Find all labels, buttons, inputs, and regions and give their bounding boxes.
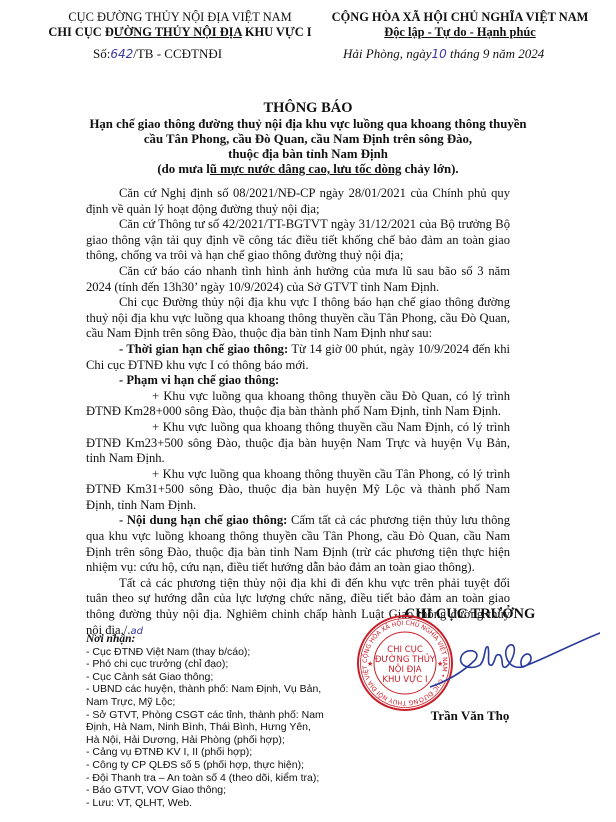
title-line-1: Hạn chế giao thông đường thuỷ nội địa kh… <box>0 117 616 132</box>
svg-text:★: ★ <box>367 660 373 668</box>
svg-text:NỘI ĐỊA: NỘI ĐỊA <box>388 663 421 675</box>
title-line-3: thuộc địa bàn tỉnh Nam Định <box>0 147 616 162</box>
issuing-agency-prefix: CHI CỤC Đ <box>48 25 113 39</box>
recipients-heading-text: Nơi nhận <box>86 633 131 645</box>
recipient-item: - Đội Thanh tra – An toàn số 4 (theo dõi… <box>86 772 326 785</box>
legal-basis-3: Căn cứ báo cáo nhanh tình hình ảnh hưởng… <box>86 264 510 295</box>
document-title: THÔNG BÁO <box>0 100 616 117</box>
national-motto: Độc lập - Tự do - Hạnh phúc <box>310 25 610 40</box>
legal-basis-1: Căn cứ Nghị định số 08/2021/NĐ-CP ngày 2… <box>86 186 510 217</box>
parent-agency: CỤC ĐƯỜNG THỦY NỘI ĐỊA VIỆT NAM <box>40 10 320 25</box>
recipient-item: - Cục ĐTNĐ Việt Nam (thay b/cáo); <box>86 646 326 659</box>
scope-item: + Khu vực luồng qua khoang thông thuyền … <box>86 420 510 467</box>
recipient-item: - Công ty CP QLĐS số 5 (phối hợp, thực h… <box>86 759 326 772</box>
title-line-4-prefix: (do mưa l <box>157 162 209 176</box>
svg-text:ĐƯỜNG THỦY: ĐƯỜNG THỦY <box>375 653 436 665</box>
issuing-agency-underlined: ƯỜNG THỦY NỘI ĐỊA <box>114 25 242 39</box>
recipient-item: - Lưu: VT, QLHT, Web. <box>86 797 326 810</box>
date-day-handwritten: 10 <box>431 47 446 61</box>
restriction-scope-label: - Phạm vi hạn chế giao thông: <box>119 373 279 387</box>
doc-number-prefix: Số: <box>93 46 110 61</box>
handwritten-signature-icon <box>430 625 600 695</box>
date-suffix: tháng 9 năm 2024 <box>447 46 545 61</box>
title-line-2: cầu Tân Phong, cầu Đò Quan, cầu Nam Định… <box>0 132 616 147</box>
scope-item: + Khu vực luồng qua khoang thông thuyền … <box>86 389 510 420</box>
national-header-block: CỘNG HÒA XÃ HỘI CHỦ NGHĨA VIỆT NAM Độc l… <box>310 10 610 40</box>
restriction-content-label: - Nội dung hạn chế giao thông: <box>119 513 287 527</box>
date-prefix: Hải Phòng, ngày <box>343 46 431 61</box>
svg-text:CHI CỤC: CHI CỤC <box>387 645 423 655</box>
scope-item: + Khu vực luồng qua khoang thông thuyền … <box>86 467 510 514</box>
doc-number-suffix: /TB - CCĐTNĐI <box>133 46 222 61</box>
title-line-4: (do mưa lũ mực nước dâng cao, lưu tốc dò… <box>0 162 616 177</box>
country-name: CỘNG HÒA XÃ HỘI CHỦ NGHĨA VIỆT NAM <box>310 10 610 25</box>
issuing-agency-block: CỤC ĐƯỜNG THỦY NỘI ĐỊA VIỆT NAM CHI CỤC … <box>40 10 320 40</box>
recipient-item: - Cảng vụ ĐTNĐ KV I, II (phối hợp); <box>86 746 326 759</box>
recipient-item: - Sở GTVT, Phòng CSGT các tỉnh, thành ph… <box>86 709 326 747</box>
recipients-heading: Nơi nhận: <box>86 633 326 646</box>
signer-name: Trần Văn Thọ <box>385 708 555 724</box>
recipient-item: - Phó chi cục trưởng (chỉ đạo); <box>86 658 326 671</box>
restriction-scope-heading: - Phạm vi hạn chế giao thông: <box>86 373 510 389</box>
issue-date: Hải Phòng, ngày10 tháng 9 năm 2024 <box>343 46 544 62</box>
restriction-content: - Nội dung hạn chế giao thông: Cấm tất c… <box>86 513 510 575</box>
recipient-item: - Báo GTVT, VOV Giao thông; <box>86 784 326 797</box>
svg-text:KHU VỰC I: KHU VỰC I <box>382 675 427 685</box>
issuing-agency: CHI CỤC ĐƯỜNG THỦY NỘI ĐỊA KHU VỰC I <box>40 25 320 40</box>
issuing-agency-suffix: KHU VỰC I <box>242 25 312 39</box>
document-body: Căn cứ Nghị định số 08/2021/NĐ-CP ngày 2… <box>86 186 510 639</box>
document-number: Số:642/TB - CCĐTNĐI <box>93 46 222 62</box>
document-title-block: THÔNG BÁO Hạn chế giao thông đường thuỷ … <box>0 100 616 177</box>
announcement-intro: Chi cục Đường thủy nội địa khu vực I thô… <box>86 295 510 342</box>
recipients-block: Nơi nhận: - Cục ĐTNĐ Việt Nam (thay b/cá… <box>86 633 326 809</box>
legal-basis-2: Căn cứ Thông tư số 42/2021/TT-BGTVT ngày… <box>86 217 510 264</box>
restriction-time-label: - Thời gian hạn chế giao thông: <box>119 342 288 356</box>
doc-number-handwritten: 642 <box>110 47 133 61</box>
recipient-item: - Cục Cảnh sát Giao thông; <box>86 671 326 684</box>
restriction-time: - Thời gian hạn chế giao thông: Từ 14 gi… <box>86 342 510 373</box>
title-line-4-suffix: chảy lớn). <box>401 162 458 176</box>
recipient-item: - UBND các huyện, thành phố: Nam Định, V… <box>86 683 326 708</box>
title-line-4-underlined: ũ mực nước dâng cao, lưu tốc dòng <box>210 162 402 176</box>
